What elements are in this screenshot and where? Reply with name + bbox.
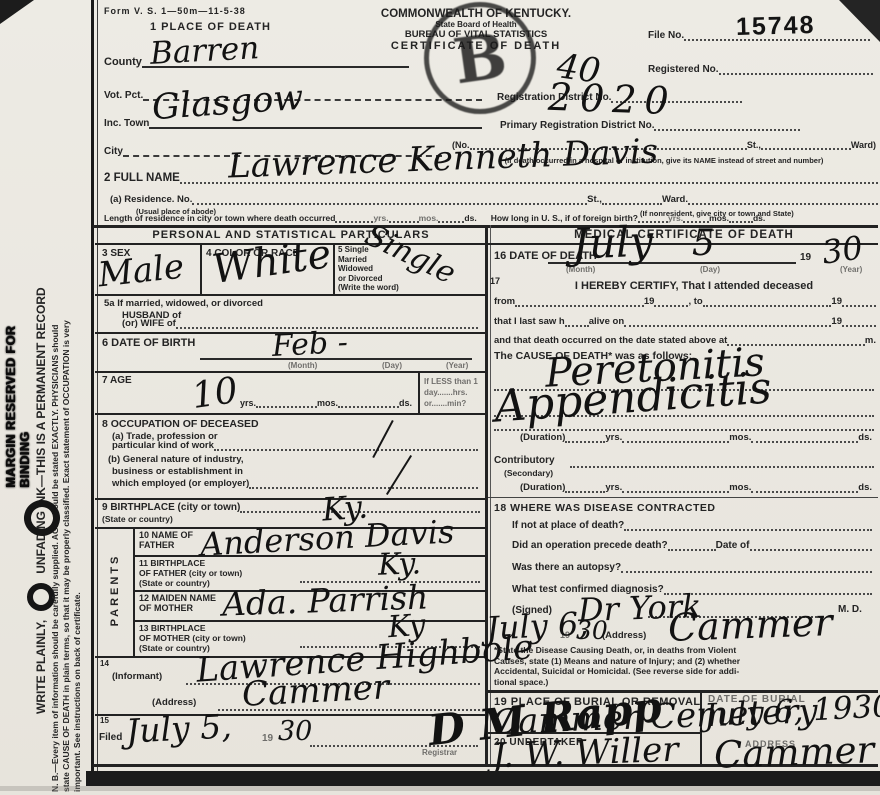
- length-yrs-line: [335, 220, 373, 223]
- father-birthplace-value: Ky.: [377, 549, 421, 580]
- sex-value: Male: [96, 250, 185, 293]
- wife-of-label: (or) WIFE of: [122, 318, 176, 329]
- age-value: 10: [190, 373, 240, 415]
- to-year-line: [842, 304, 876, 307]
- filed-label: Filed: [99, 732, 122, 743]
- disease-section-top: [488, 497, 878, 498]
- occupation-a-row: particular kind of work: [112, 440, 478, 451]
- margin-nb-note: N. B.—Every item of information should b…: [50, 47, 83, 792]
- residence-row: (a) Residence. No. St., Ward.: [110, 194, 878, 205]
- from-year-printed: 19: [644, 296, 655, 307]
- occupation-b-line2: business or establishment in: [112, 466, 243, 477]
- informant-number: 14: [100, 659, 109, 668]
- informant-label: (Informant): [112, 671, 162, 682]
- sex-color-divider: [200, 245, 202, 294]
- mother-bp-label1: 13 BIRTHPLACE: [139, 623, 246, 633]
- file-no-label: File No.: [648, 30, 684, 41]
- signed-year-value: 30: [576, 618, 608, 643]
- cause-value-2: Appendicitis: [493, 366, 773, 429]
- dod-year-printed: 19: [800, 252, 811, 263]
- father-name-labels: 10 NAME OF FATHER: [139, 530, 193, 550]
- county-label: County: [104, 56, 142, 68]
- registered-no-line: [719, 72, 873, 75]
- age-less-cell: If LESS than 1 day.......hrs. or.......m…: [424, 376, 478, 409]
- birthplace-sub-label: (State or country): [102, 514, 173, 524]
- duration2-row: (Duration) yrs. mos. ds.: [520, 482, 872, 493]
- filed-year-value: 30: [278, 718, 312, 745]
- dod-day-label: (Day): [700, 265, 720, 274]
- duration-lead-line: [565, 440, 605, 443]
- bottom-scan-band-fade: [0, 786, 880, 791]
- duration-row: (Duration) yrs. mos. ds.: [520, 432, 872, 443]
- birthplace-label: 9 BIRTHPLACE (city or town): [102, 502, 240, 513]
- mother-name-labels: 12 MAIDEN NAME OF MOTHER: [139, 593, 216, 613]
- margin-nb-line3: important. See instructions on back of c…: [72, 47, 83, 792]
- date-of-birth-value: Feb -: [271, 328, 348, 362]
- date-of-death-day: 5: [692, 226, 715, 262]
- undertaker-address-value: Cammer: [713, 731, 874, 774]
- margin-nb-line1: N. B.—Every item of information should b…: [50, 47, 61, 792]
- parents-label: PARENTS: [109, 534, 121, 646]
- last-saw-h-line: [565, 324, 589, 327]
- less-than-line3: or.......min?: [424, 398, 478, 409]
- not-at-place-row: If not at place of death?: [512, 520, 872, 531]
- age-yrs-line: [256, 405, 317, 408]
- age-row-bottom: [95, 413, 485, 415]
- full-name-label: 2 FULL NAME: [104, 172, 180, 184]
- city-ward-label: Ward): [851, 140, 876, 150]
- residence-ward-line: [688, 202, 878, 205]
- operation-label: Did an operation precede death?: [512, 540, 668, 551]
- residence-ward-label: Ward.: [662, 194, 688, 205]
- filed-date-value: July 5,: [125, 709, 232, 747]
- foreign-mos-label: mos.: [709, 213, 729, 223]
- registered-no-label: Registered No.: [648, 64, 719, 75]
- length-ds-line: [438, 220, 464, 223]
- duration2-lead-line: [565, 490, 605, 493]
- occupation-b-row: which employed (or employer): [112, 478, 478, 489]
- duration-yrs-line: [622, 440, 729, 443]
- death-occurred-m-label: m.: [865, 335, 876, 346]
- burial-date-value: July 6, 1930: [703, 691, 880, 732]
- alive-on-label: alive on: [589, 316, 624, 327]
- residence-st-line: [602, 202, 662, 205]
- marital-line5: (Write the word): [338, 283, 399, 293]
- operation-line: [668, 548, 716, 551]
- duration2-label: (Duration): [520, 482, 565, 493]
- secondary-label: (Secondary): [504, 468, 553, 478]
- father-name-label1: 10 NAME OF: [139, 530, 193, 540]
- age-mos-line: [338, 405, 399, 408]
- informant-address-value: Cammer: [241, 670, 390, 712]
- sex-row-bottom: [95, 294, 485, 296]
- mother-bp-label2: OF MOTHER (city or town): [139, 633, 246, 643]
- duration2-mos-label: mos.: [729, 482, 751, 493]
- alive-on-line: [624, 324, 831, 327]
- occupation-a-line2: particular kind of work: [112, 440, 214, 451]
- not-at-place-line: [624, 528, 872, 531]
- inc-town-label: Inc. Town: [104, 118, 149, 129]
- cause-footnote: *State the Disease Causing Death, or, in…: [494, 645, 876, 687]
- age-label: 7 AGE: [102, 375, 132, 386]
- foreign-ds-line: [729, 220, 753, 223]
- age-less-divider: [418, 372, 420, 413]
- margin-write-plainly-label: WRITE PLAINLY,: [34, 620, 48, 714]
- mother-name-label1: 12 MAIDEN NAME: [139, 593, 216, 603]
- length-of-residence-row: Length of residence in city or town wher…: [104, 213, 878, 223]
- form-left-border: [91, 0, 94, 772]
- bottom-scan-band: [86, 771, 880, 786]
- signed-address-value: Cammer: [667, 603, 833, 647]
- dod-year-value: 30: [820, 231, 865, 268]
- marital-line4: or Divorced: [338, 274, 399, 284]
- margin-nb-line2: state CAUSE OF DEATH in plain terms, so …: [61, 47, 72, 792]
- duration-ds-label: ds.: [858, 432, 872, 443]
- duration-mos-line: [751, 440, 858, 443]
- dob-row-bottom: [95, 371, 485, 373]
- age-yrs-label: yrs.: [240, 398, 256, 408]
- certify-statement: I HEREBY CERTIFY, That I attended deceas…: [510, 280, 878, 292]
- occupation-a-line: [214, 448, 478, 451]
- where-contracted-label: 18 WHERE WAS DISEASE CONTRACTED: [494, 502, 715, 514]
- corner-mark-top-left: [0, 0, 34, 24]
- inc-town-line: [149, 126, 482, 129]
- duration-label: (Duration): [520, 432, 565, 443]
- not-at-place-label: If not at place of death?: [512, 520, 624, 531]
- dob-year-label: (Year): [446, 361, 468, 370]
- registered-no-row: Registered No.: [648, 64, 873, 75]
- occupation-label: 8 OCCUPATION OF DECEASED: [102, 418, 259, 430]
- operation-row: Did an operation precede death? Date of: [512, 540, 872, 551]
- less-than-line2: day.......hrs.: [424, 387, 478, 398]
- date-of-death-month: July: [571, 221, 653, 266]
- occupation-a-stroke: [372, 420, 393, 458]
- date-of-birth-label: 6 DATE OF BIRTH: [102, 337, 195, 349]
- duration2-ds-label: ds.: [858, 482, 872, 493]
- footnote-line2: Causes, state (1) Means and nature of In…: [494, 656, 876, 667]
- autopsy-row: Was there an autopsy?: [512, 562, 872, 573]
- column-divider-inner: [490, 225, 491, 766]
- operation-date-label: Date of: [716, 540, 750, 551]
- dob-day-label: (Day): [382, 361, 402, 370]
- occupation-row-bottom: [95, 498, 485, 500]
- signed-date-value: July 6,: [485, 607, 589, 644]
- signed-address-label: (Address): [602, 630, 646, 641]
- margin-binding-text: MARGIN RESERVED FOR BINDING: [4, 283, 32, 488]
- to-year-printed: 19: [831, 296, 842, 307]
- informant-address-label: (Address): [152, 697, 196, 708]
- age-mos-label: mos.: [317, 398, 338, 408]
- length-ds-label: ds.: [464, 213, 476, 223]
- length-mos-label: mos.: [419, 213, 439, 223]
- operation-date-line: [750, 548, 873, 551]
- last-saw-label: that I last saw h: [494, 316, 565, 327]
- to-line: [703, 304, 832, 307]
- filed-year-printed: 19: [262, 733, 273, 744]
- married-widowed-label: 5a If married, widowed, or divorced: [104, 298, 263, 309]
- primary-district-line: [654, 128, 800, 131]
- city-st-line: [761, 147, 851, 150]
- foreign-ds-label: ds.: [753, 213, 765, 223]
- contributory-label: Contributory: [494, 455, 555, 466]
- to-label: , to: [688, 296, 702, 307]
- length-mos-line: [389, 220, 419, 223]
- residence-no-line: [192, 202, 587, 205]
- from-line: [515, 304, 644, 307]
- column-divider: [485, 225, 488, 766]
- city-label: City: [104, 146, 123, 157]
- residence-label: (a) Residence. No.: [110, 194, 192, 205]
- color-marital-divider: [333, 245, 335, 294]
- age-ds-label: ds.: [399, 398, 412, 408]
- duration2-yrs-label: yrs.: [605, 482, 622, 493]
- autopsy-label: Was there an autopsy?: [512, 562, 621, 573]
- undertaker-value: J. W. Willer: [491, 733, 679, 773]
- duration-yrs-label: yrs.: [605, 432, 622, 443]
- less-than-line1: If LESS than 1: [424, 376, 478, 387]
- medical-title-underline: [488, 243, 878, 245]
- occupation-b-line3: which employed (or employer): [112, 478, 249, 489]
- stamp-letter: B: [449, 18, 511, 98]
- alive-year-printed: 19: [831, 316, 842, 327]
- contributory-line: [570, 465, 874, 468]
- attended-from-row: from 19 , to 19: [494, 296, 876, 307]
- foreign-yrs-label: yrs.: [668, 213, 683, 223]
- age-units-row: yrs. mos. ds.: [240, 398, 412, 408]
- registrar-stamp: B: [424, 2, 536, 114]
- duration-mos-label: mos.: [729, 432, 751, 443]
- file-no-value: 15748: [736, 11, 816, 42]
- marital-line3: Widowed: [338, 264, 399, 274]
- duration2-yrs-line: [622, 490, 729, 493]
- occupation-b-stroke: [386, 455, 412, 495]
- autopsy-line: [621, 570, 872, 573]
- form-number: Form V. S. 1—50m—11-5-38: [104, 6, 246, 16]
- father-bp-label2: OF FATHER (city or town): [139, 568, 242, 578]
- mother-name-label2: OF MOTHER: [139, 603, 216, 613]
- father-name-label2: FATHER: [139, 540, 193, 550]
- alive-year-line: [842, 324, 876, 327]
- county-value: Barren: [149, 33, 260, 70]
- death-certificate-scan: MARGIN RESERVED FOR BINDING WRITE PLAINL…: [0, 0, 880, 795]
- from-label: from: [494, 296, 515, 307]
- last-saw-row: that I last saw h alive on 19: [494, 316, 876, 327]
- birthplace-row: 9 BIRTHPLACE (city or town): [102, 502, 480, 513]
- footnote-line3: Accidental, Suicidal or Homicidal. (See …: [494, 666, 876, 677]
- duration2-mos-line: [751, 490, 858, 493]
- primary-district-value: 2020: [547, 78, 677, 120]
- footnote-line4: tional space.): [494, 677, 876, 688]
- certify-number: 17: [490, 276, 500, 286]
- city-st-label: St.,: [747, 140, 761, 150]
- voting-precinct-label: Vot. Pct.: [104, 90, 143, 101]
- from-year-line: [654, 304, 688, 307]
- length-label: Length of residence in city or town wher…: [104, 213, 335, 223]
- residence-st-label: St.,: [587, 194, 602, 205]
- filed-number: 15: [100, 716, 109, 725]
- occupation-b-line1: (b) General nature of industry,: [108, 454, 243, 465]
- md-label: M. D.: [838, 604, 862, 615]
